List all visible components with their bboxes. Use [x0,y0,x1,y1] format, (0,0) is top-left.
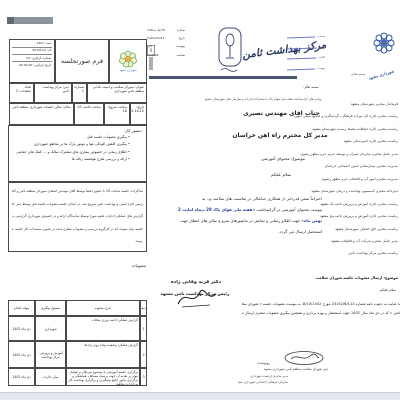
medical-university-emblem-icon [217,27,243,75]
form-meta-row-2: تاریخ: 1402.10.12 ساعت شروع: 10 ساعت خات… [8,103,147,125]
reg-row: کلاسه [287,54,325,59]
table-cell-no: 1 [140,316,147,341]
handwritten-line [287,64,315,70]
meta-row: پیوست دارد [147,44,185,48]
meta-label: شناسه [177,53,185,57]
doc-info-row: کد: EX.00.01 [12,48,52,55]
reg-row: تاریخ [287,44,325,49]
recipient-line: مدیر عامل محترم سازمان عمران و توسعه حری… [294,148,398,160]
meta-date-cell: تاریخ: 1402.10.12 [130,103,147,125]
form-header-row: شهرداری مشهد فرم صورتجلسه سند: 1407 کد: … [8,39,147,83]
reg-row: پیوست [287,65,325,70]
form-agenda-section: دستور کار: پیگیری مصوبات جلسه قبل پیگیری… [8,125,147,182]
minutes-line: گزارش های عملکرد ادارات عضو شورا توسط نم… [12,210,143,223]
recipient-line: ریاست محترم مرکز بهداشت ثامن [294,247,398,259]
recipient-line: ریاست محترم اداره دامپزشکی مشهد [294,135,398,147]
besmele-mark: بسمه تعالی [346,72,370,76]
table-cell-desc: برگزاری جلسه آموزشی با موضوع سرطان و عوا… [66,368,140,386]
recipient-line: دبیرخانه محترم کمیسیون بهداشت و درمان شه… [294,185,398,197]
form-title: فرم صورتجلسه [55,39,109,83]
body-line: ثامن » که در دی ماه سال 1402 جهت استحضار… [242,309,400,318]
recipient-line: مدیریت محترم بیمارستانی تامین اجتماعی خر… [294,160,398,172]
highlighted-campaign-text: هفته ملی هوای پاک 29 دیماه لغایت 2 [178,207,253,212]
recipient-list: فرماندار محترم شهرستان مشهد ریاست محترم … [294,98,398,260]
table-cell-desc: گزارش عملکرد ادامه تیزری محلات [66,316,140,341]
recipient-line: ریاست محترم اداره آموزش و پرورش ناحیه پن… [294,210,398,222]
municipality-logo-caption: شهرداری مشهد [368,61,400,85]
meeting-minutes-form: شهرداری مشهد فرم صورتجلسه سند: 1407 کد: … [8,39,148,387]
table-cell-deadline: دی ماه 1402 [8,341,35,368]
reg-label: شماره [317,34,325,38]
meta-pages-cell: تعداد صفحات: 2 [9,83,34,103]
meta-title-cell: عنوان: شورای سلامت و امنیت غذایی منطقه ث… [87,83,147,103]
signature-scribble-icon [170,286,222,310]
meta-end-cell: ساعت خاتمه: 12 [74,103,104,125]
table-cell-deadline: دی ماه 1402 [8,316,35,341]
agenda-item: اطلاع رسانی در خصوص بیماری های مشترک سال… [13,150,142,154]
meta-start-cell: ساعت شروع: 10 [104,103,130,125]
reg-label: کلاسه [318,55,325,59]
bottom-strip [0,392,400,400]
registration-stamp-block: شماره تاریخ کلاسه پیوست [287,33,325,75]
col-header-description: شرح مصوبه [66,300,140,316]
form-logo-cell: شهرداری مشهد [109,39,147,83]
mashhad-municipality-flower-icon [371,30,397,60]
handwritten-line [287,43,318,49]
mashhad-municipality-flower-icon [118,50,138,68]
salutation: سلام علیکم [368,288,396,292]
letter-subject: موضوع: ارسال مصوبات جلسه شورای سلامت دی … [316,276,398,280]
reg-row: شماره [287,33,325,38]
recipient-line: مدیریت محترم امور آب و فاضلاب حرم مطهر ر… [294,173,398,185]
meta-value: 76/ط ب/145 [147,28,165,32]
besmele-text: بسمه تعالی [296,85,326,89]
resolutions-label: مصوبات [132,263,146,268]
recipient-line: ریاست محترم اتاق اصناف شهرستان مشهد [294,223,398,235]
table-cell-no: 2 [140,341,147,368]
copy-line: سازمان فرهنگی اجتماعی شهرداری مشهد [238,379,288,385]
meta-secretary-cell: دبیر: مرکز بهداشت ثامن [34,83,72,103]
resolutions-table: ردیف شرح مصوبه مسئول پیگیری مهلت اقدام 1… [8,300,147,386]
handwritten-line [287,54,316,60]
form-logo-caption: شهرداری مشهد [119,69,136,72]
signature-ellipse-scribble-icon [283,350,325,367]
signer-name: دکتر فرید وفایی زاده [158,280,234,285]
meta-label: تاریخ [179,36,185,40]
doc-info-row: شماره بازنگری: 02 [12,55,52,62]
agenda-item: پیگیری کاهش آلودگی هوا و موتور پارک ها د… [13,142,142,146]
col-header-deadline: مهلت اقدام [8,300,35,316]
meta-row: شماره 76/ط ب/145 [147,28,185,32]
municipal-letter-body: با عنایت به دعوت نامه شماره 23152/6/112 … [242,300,400,317]
form-minutes-paragraph: مذاکرات: جلسه ساعت 10 با حضور اعضا توسط … [8,182,147,252]
meta-value: دارد [147,44,152,48]
top-gray-bar-cap [7,17,14,24]
reg-label: تاریخ [319,45,325,49]
meta-row: شناسه 123506 [147,53,185,57]
body-text: » جهت اطلاع رسانی و نمایش در مانیتورهای … [180,218,304,223]
handwritten-line [287,33,316,39]
meta-value: 1402/10/23 [147,36,164,40]
reg-label: پیوست [317,66,325,70]
doc-info-row: سند: 1407 [12,41,52,48]
meta-label: پیوست [176,44,185,48]
minutes-line: رسید. [12,235,143,248]
recipient-line: فرماندار محترم شهرستان مشهد [294,98,398,110]
minutes-line: مذاکرات: جلسه ساعت 10 با حضور اعضا توسط … [12,185,143,198]
logo-caption-text: شهرداری مشهد [368,68,395,80]
table-cell-desc: گزارش عملکرد وضعیت پیاده روی راه ها [66,341,140,368]
table-cell-owner: شهرداری [35,316,66,341]
meta-number-cell: شماره: 1 [72,83,87,103]
meta-row: تاریخ 1402/10/23 [147,36,185,40]
table-cell-no: 3 [140,368,147,386]
meta-value: 123506 [147,53,158,57]
letterhead-rule [149,76,297,79]
recipient-line: ریاست محترم اداره حفاظت محیط زیست شهرستا… [294,123,398,135]
table-cell-owner: سایر ادارات [35,368,66,386]
health-letter-meta-block: شماره 76/ط ب/145 تاریخ 1402/10/23 پیوست … [147,28,185,61]
table-cell-owner: آموزش و پرورش - مرکز بهداشت [35,341,66,368]
agenda-item: ارائه و بررسی طرح هوشمند زباله ها [13,157,142,161]
scanned-documents-page: شهرداری مشهد فرم صورتجلسه سند: 1407 کد: … [0,0,400,400]
meta-location-cell: مکان: سالن جلسات شهرداری منطقه ثامن [9,103,74,125]
meta-label: شماره [177,28,185,32]
form-doc-info: سند: 1407 کد: EX.00.01 شماره بازنگری: 02… [9,39,55,83]
recipient-line: مدیر عامل محترم شرکت آب و فاضلاب مشهد [294,235,398,247]
copies-list: مدیر محترم حراست شهرداری سازمان فرهنگی ا… [238,373,288,386]
col-header-owner: مسئول پیگیری [35,300,66,316]
minutes-line: رئیس اداره ایمنی و بهداشت ثامن شروع شد، … [12,198,143,211]
body-line: با عنایت به دعوت نامه شماره 23152/6/112 … [242,300,400,309]
table-cell-deadline: دی ماه 1402 [8,368,35,386]
minutes-line: جلسه بیان نمودند که در کارگروه بررسی و م… [12,223,143,236]
copies-label: رونوشت: [250,361,270,365]
recipient-line: ریاست محترم اداره آموزش و پرورش ناحیه یک… [294,198,398,210]
signer-title: دبیر شورای سلامت منطقه ثامن شهرداری مشهد [264,367,328,371]
doc-info-row: تاریخ بازنگری: 00.00.00 [12,62,52,68]
form-meta-row-1: عنوان: شورای سلامت و امنیت غذایی منطقه ث… [8,83,147,103]
agenda-heading: دستور کار: [13,128,142,133]
recipient-line: ریاست محترم اداره کل میراث فرهنگی، گردشگ… [294,110,398,122]
agenda-item: پیگیری مصوبات جلسه قبل [13,135,142,139]
col-header-row-no: ردیف [140,300,147,316]
